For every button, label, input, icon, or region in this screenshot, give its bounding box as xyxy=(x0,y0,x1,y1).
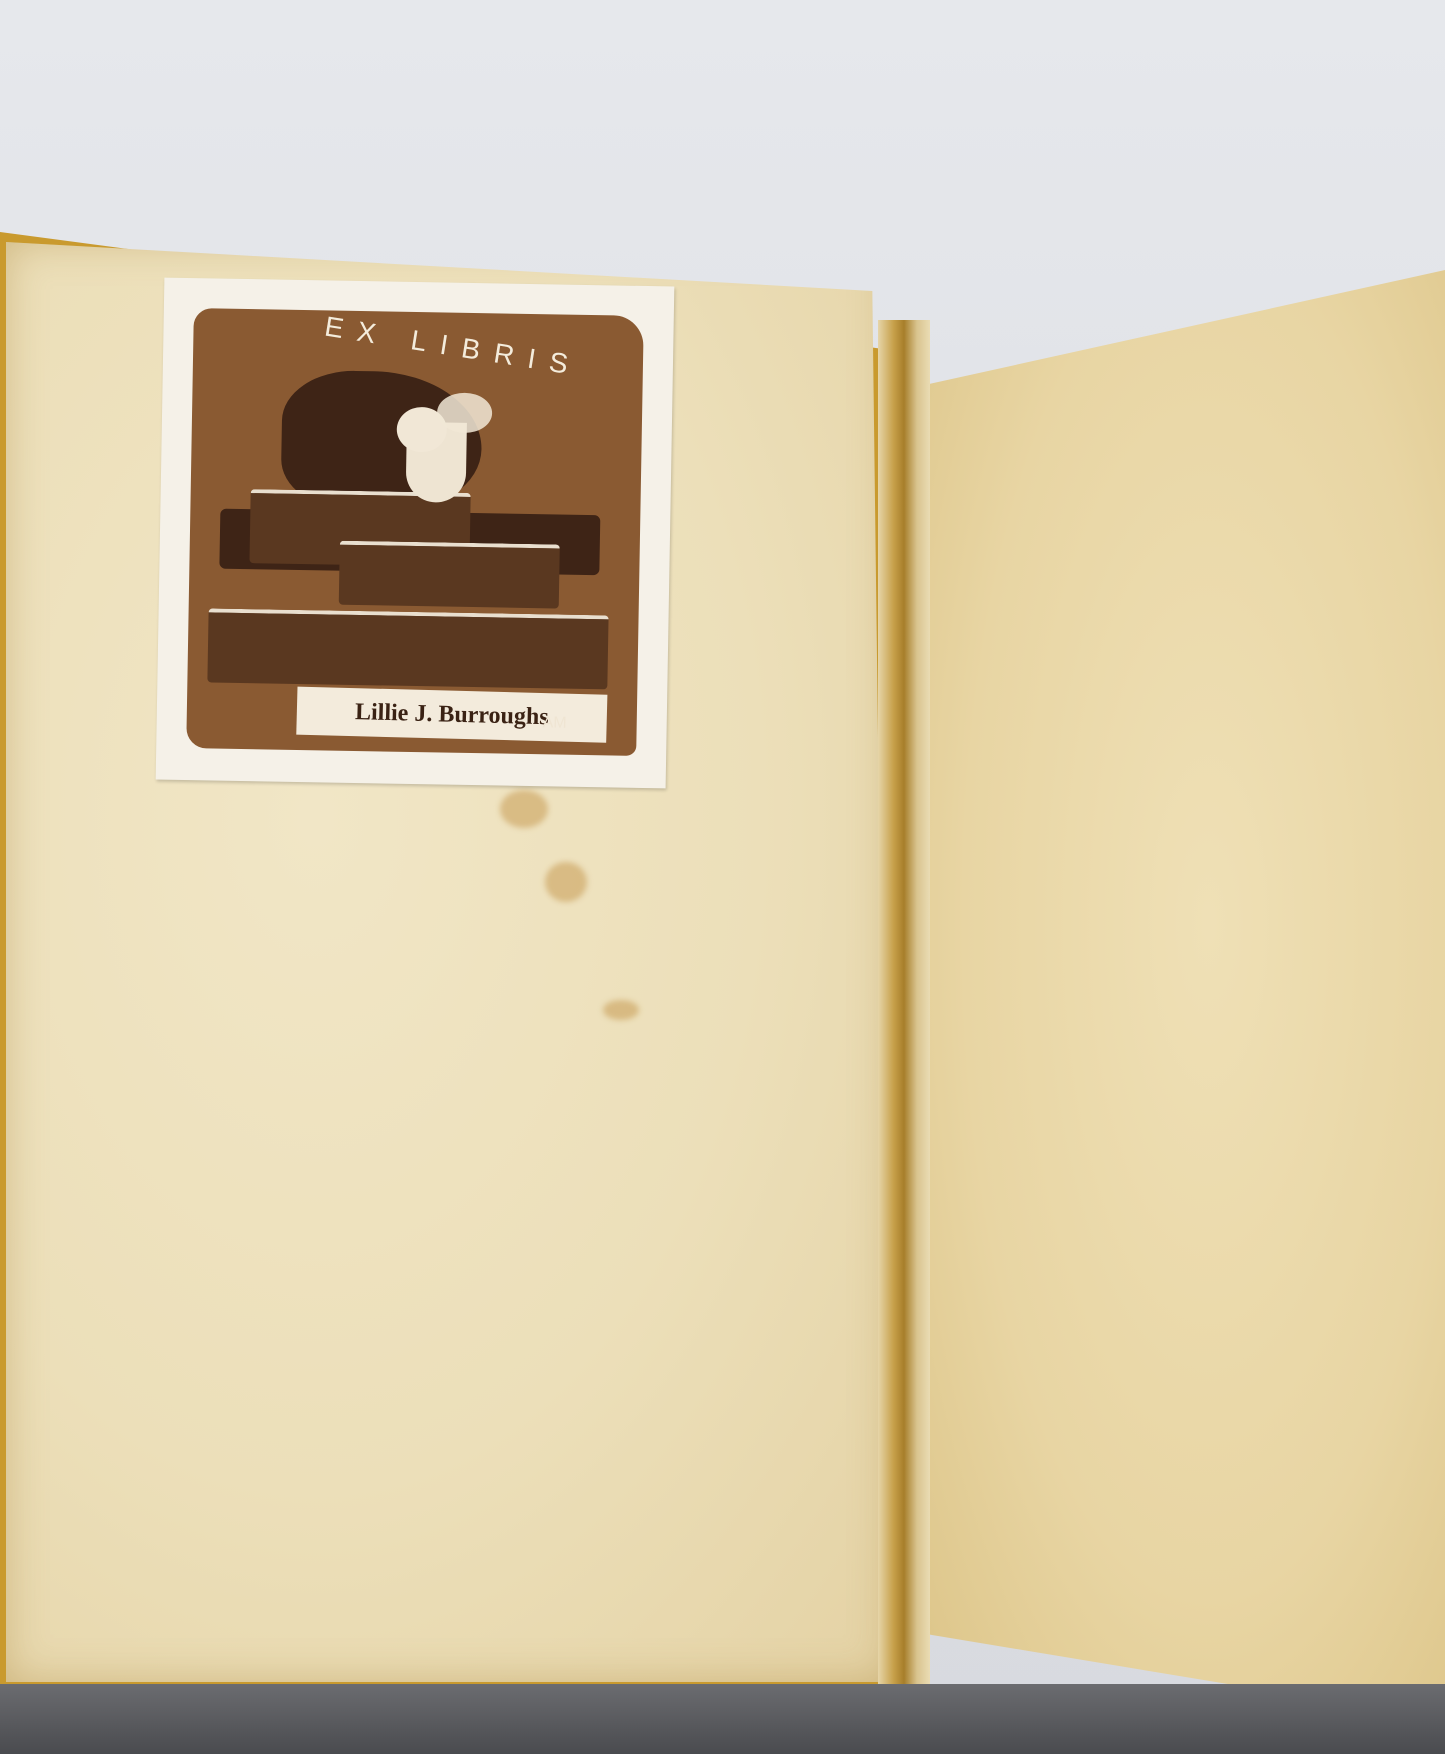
right-endpaper-page xyxy=(920,270,1445,1720)
illustrated-book xyxy=(207,608,608,689)
foxing-stain xyxy=(545,862,587,902)
illustrated-flower xyxy=(437,392,493,433)
photo-scene: EX LIBRIS Lillie J. Burroughs AM xyxy=(0,0,1445,1754)
ex-libris-bookplate: EX LIBRIS Lillie J. Burroughs AM xyxy=(156,278,675,789)
foxing-stain xyxy=(603,1000,639,1020)
illustrated-book xyxy=(339,541,560,609)
book-gutter xyxy=(878,320,930,1730)
table-shadow xyxy=(0,1684,1445,1754)
bookplate-illustration: EX LIBRIS Lillie J. Burroughs AM xyxy=(186,308,644,756)
foxing-stain xyxy=(500,790,548,828)
artist-monogram: AM xyxy=(543,714,567,732)
